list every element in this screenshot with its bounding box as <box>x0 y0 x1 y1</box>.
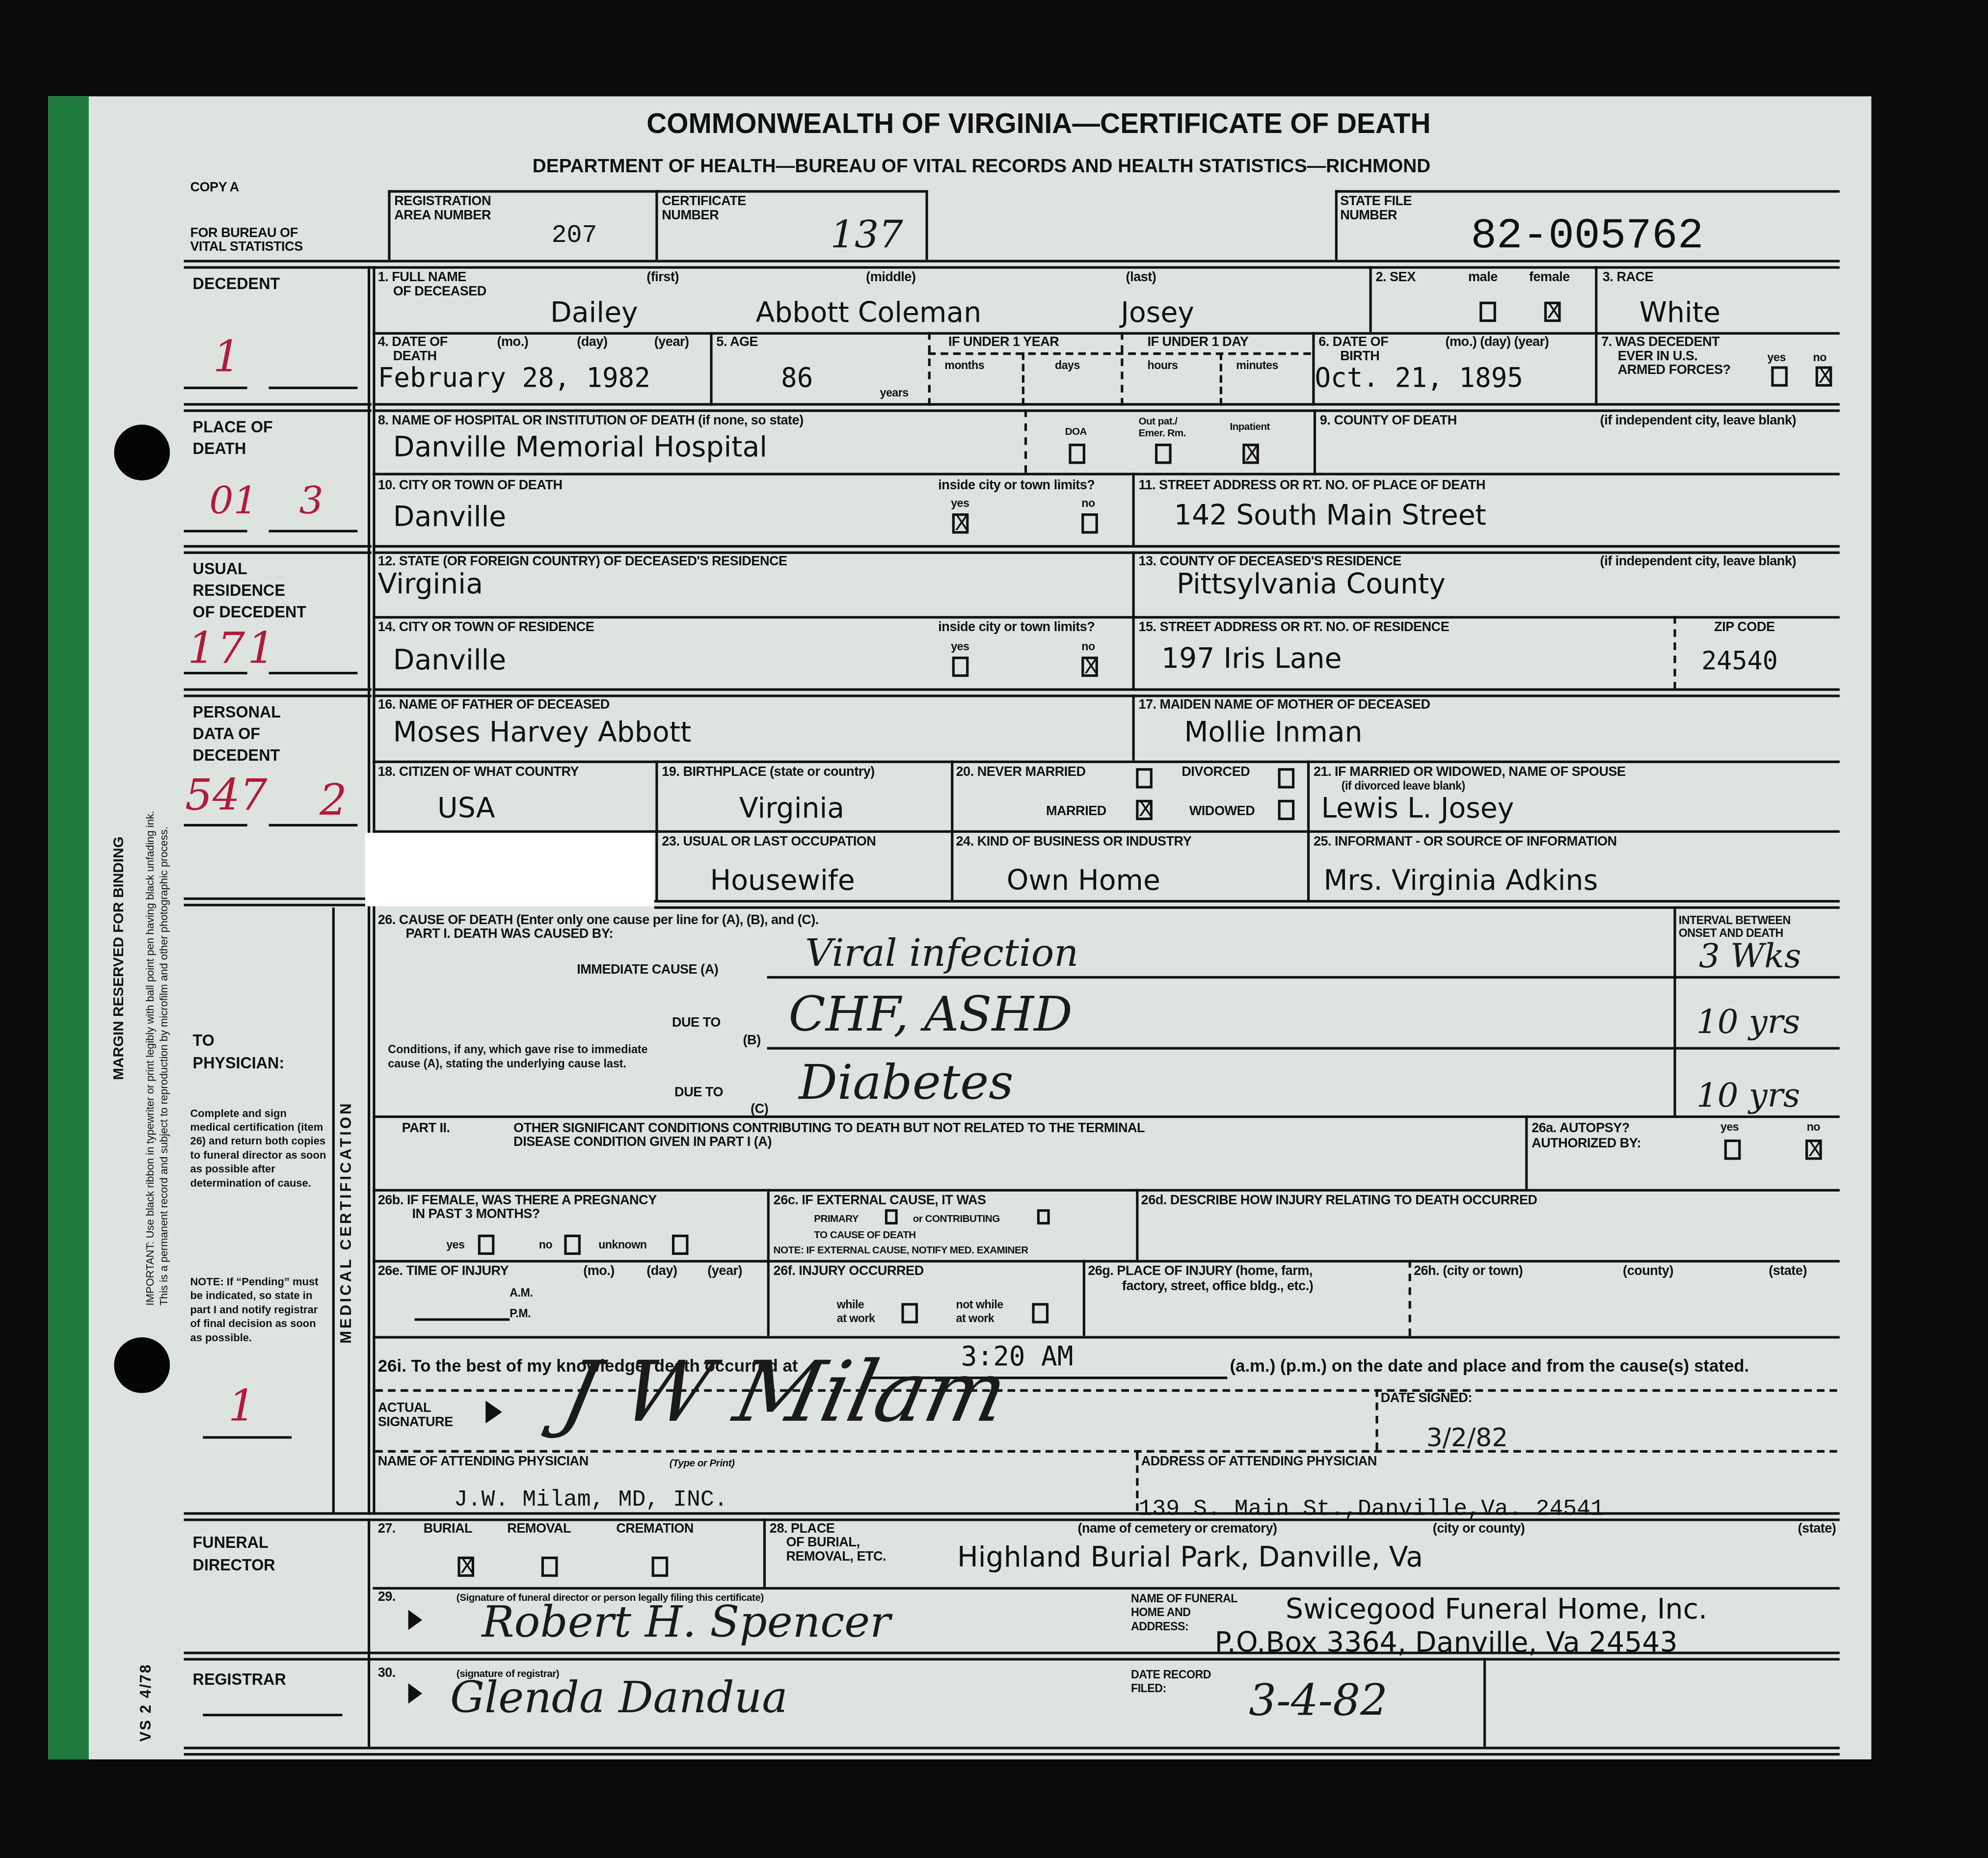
margin-important-text-1: IMPORTANT: Use black ribbon in typewrite… <box>143 811 156 1305</box>
city-of-death: Danville <box>393 503 507 533</box>
never-married-checkbox[interactable] <box>1136 768 1153 788</box>
state-file-label: STATE FILE <box>1340 195 1412 209</box>
section-place-of-death-2: DEATH <box>193 437 246 460</box>
father-label: 16. NAME OF FATHER OF DECEASED <box>378 698 610 712</box>
street-of-residence-label: 15. STREET ADDRESS OR RT. NO. OF RESIDEN… <box>1138 621 1449 635</box>
outpatient-checkbox[interactable] <box>1155 444 1172 464</box>
hospital-name: Danville Memorial Hospital <box>393 433 767 464</box>
section-funeral-director: FUNERAL <box>193 1531 269 1554</box>
place-of-injury-label-2: factory, street, office bldg., etc.) <box>1122 1280 1313 1294</box>
section-registrar: REGISTRAR <box>193 1668 286 1691</box>
due-to-b-label: DUE TO <box>672 1016 721 1030</box>
time-of-injury-label: 26e. TIME OF INJURY <box>378 1265 509 1279</box>
certificate-title: COMMONWEALTH OF VIRGINIA—CERTIFICATE OF … <box>646 108 1430 141</box>
removal-label: REMOVAL <box>507 1522 571 1536</box>
am-label: A.M. <box>510 1287 533 1300</box>
cemetery-label: (name of cemetery or crematory) <box>1077 1522 1277 1536</box>
physician-note: NOTE: If “Pending” must be indicated, so… <box>190 1275 327 1345</box>
funeral-home-label-3: ADDRESS: <box>1131 1620 1188 1633</box>
personal-code-b: 2 <box>320 776 347 826</box>
redacted-field <box>365 833 654 906</box>
under-1-year-label: IF UNDER 1 YEAR <box>948 336 1059 349</box>
injury-state-label: (state) <box>1769 1265 1807 1279</box>
injury-county-label: (county) <box>1623 1265 1673 1279</box>
full-name-label: 1. FULL NAME <box>378 271 466 285</box>
hours-label: hours <box>1148 359 1178 372</box>
form-number: VS 2 4/78 <box>137 1663 155 1741</box>
not-while-at-work-checkbox[interactable] <box>1032 1303 1048 1323</box>
county-of-residence-label: 13. COUNTY OF DECEASED'S RESIDENCE <box>1138 555 1401 569</box>
sex-label: 2. SEX <box>1375 271 1415 285</box>
res-inside-no-checkbox[interactable]: X <box>1081 657 1098 677</box>
autopsy-yes-checkbox[interactable] <box>1724 1140 1741 1160</box>
cause-a: Viral infection <box>805 931 1078 976</box>
date-signed: 3/2/82 <box>1426 1422 1508 1453</box>
attending-address: 139 S. Main St.,Danville,Va. 24541 <box>1138 1497 1604 1522</box>
interval-b: 10 yrs <box>1696 1004 1800 1042</box>
age: 86 <box>781 363 813 393</box>
married-label: MARRIED <box>1046 805 1106 819</box>
under-1-day-label: IF UNDER 1 DAY <box>1148 336 1249 349</box>
interval-label-2: ONSET AND DEATH <box>1679 927 1783 939</box>
date-of-death-label: 4. DATE OF <box>378 336 448 349</box>
res-inside-limits-label: inside city or town limits? <box>938 621 1095 635</box>
section-personal-data: PERSONAL <box>193 701 281 723</box>
pregnancy-no-label: no <box>539 1238 552 1251</box>
res-inside-yes-checkbox[interactable] <box>952 657 969 677</box>
middle-name: Abbott Coleman <box>755 299 981 330</box>
pregnancy-label-2: IN PAST 3 MONTHS? <box>412 1208 539 1222</box>
injury-city-label: 26h. (city or town) <box>1414 1265 1523 1279</box>
injury-occurred-label: 26f. INJURY OCCURRED <box>774 1265 924 1279</box>
punch-hole-icon <box>114 425 170 480</box>
registration-area-label: REGISTRATION <box>394 195 491 209</box>
state-file-label-2: NUMBER <box>1340 209 1397 223</box>
dob-mdy-label: (mo.) (day) (year) <box>1446 336 1549 349</box>
certificate-number-label: CERTIFICATE <box>662 195 746 209</box>
armed-forces-label-2: EVER IN U.S. <box>1618 350 1698 364</box>
cause-of-death-label: 26. CAUSE OF DEATH (Enter only one cause… <box>378 914 819 928</box>
date-of-death-label-2: DEATH <box>393 350 437 364</box>
street-of-death: 142 South Main Street <box>1174 502 1486 532</box>
pregnancy-yes-checkbox[interactable] <box>478 1235 495 1255</box>
registrar-signature-arrow-icon <box>408 1683 422 1703</box>
section-decedent: DECEDENT <box>193 272 280 295</box>
section-to-physician-2: PHYSICIAN: <box>193 1052 285 1075</box>
section-usual-residence: USUAL <box>193 557 247 580</box>
certificate-number: 137 <box>831 213 903 257</box>
burial-place: Highland Burial Park, Danville, Va <box>957 1544 1423 1574</box>
never-married-label: 20. NEVER MARRIED <box>956 766 1086 779</box>
mother-label: 17. MAIDEN NAME OF MOTHER OF DECEASED <box>1138 698 1430 712</box>
pregnancy-unknown-checkbox[interactable] <box>672 1235 689 1255</box>
c-label: (C) <box>751 1103 768 1116</box>
death-inside-no-label: no <box>1081 497 1095 509</box>
race: White <box>1639 299 1720 330</box>
armed-forces-label: 7. WAS DECEDENT <box>1601 336 1719 349</box>
actual-signature-label: ACTUAL <box>378 1402 431 1416</box>
section-usual-residence-2: RESIDENCE <box>193 579 285 602</box>
green-binding-stripe <box>48 96 89 1759</box>
physician-code: 1 <box>228 1381 256 1432</box>
full-name-label-2: OF DECEASED <box>393 285 486 299</box>
street-of-residence: 197 Iris Lane <box>1161 645 1342 676</box>
place-code-a: 01 <box>209 479 258 523</box>
registrar-signature-number: 30. <box>378 1667 396 1681</box>
funeral-director-signature: Robert H. Spencer <box>482 1597 891 1647</box>
primary-label: PRIMARY <box>814 1213 859 1224</box>
burial-place-label: 28. PLACE <box>770 1522 835 1536</box>
minutes-label: minutes <box>1236 359 1278 372</box>
date-filed: 3-4-82 <box>1249 1676 1388 1726</box>
margin-important-text-2: This is a permanent record and subject t… <box>157 826 170 1305</box>
doa-checkbox[interactable] <box>1069 444 1085 464</box>
death-inside-limits-label: inside city or town limits? <box>938 479 1095 493</box>
pregnancy-label: 26b. IF FEMALE, WAS THERE A PREGNANCY <box>378 1194 657 1208</box>
decedent-code: 1 <box>213 332 241 383</box>
authorized-by-label: AUTHORIZED BY: <box>1531 1137 1641 1151</box>
removal-checkbox[interactable] <box>541 1557 558 1577</box>
county-of-residence: Pittsylvania County <box>1177 570 1446 601</box>
external-note: NOTE: IF EXTERNAL CAUSE, NOTIFY MED. EXA… <box>774 1245 1028 1256</box>
occupation: Housewife <box>710 867 855 898</box>
informant: Mrs. Virginia Adkins <box>1324 867 1598 898</box>
interval-label: INTERVAL BETWEEN <box>1679 914 1791 927</box>
cause-b: CHF, ASHD <box>789 986 1073 1042</box>
place-code-b: 3 <box>299 479 323 523</box>
state-of-residence: Virginia <box>378 570 483 601</box>
mother-name: Mollie Inman <box>1184 719 1362 749</box>
disposition-label: 27. <box>378 1522 396 1536</box>
inpatient-checkbox[interactable]: X <box>1242 444 1259 464</box>
res-inside-no-label: no <box>1081 640 1095 653</box>
autopsy-no-label: no <box>1807 1120 1820 1133</box>
pregnancy-unknown-label: unknown <box>598 1238 646 1251</box>
section-personal-data-2: DATA OF <box>193 722 260 745</box>
to-cause-label: TO CAUSE OF DEATH <box>814 1229 915 1241</box>
funeral-home-address: P.O.Box 3364, Danville, Va 24543 <box>1214 1629 1677 1659</box>
armed-no-label: no <box>1813 351 1827 364</box>
interval-a: 3 Wks <box>1699 938 1801 976</box>
section-personal-data-3: DECEDENT <box>193 744 280 767</box>
contributing-checkbox[interactable] <box>1037 1209 1050 1224</box>
burial-label: BURIAL <box>424 1522 472 1536</box>
independent-city-note-2: (if independent city, leave blank) <box>1600 555 1796 569</box>
days-label: days <box>1055 359 1080 372</box>
autopsy-no-checkbox[interactable]: X <box>1805 1140 1822 1160</box>
first-name: Dailey <box>550 299 638 330</box>
residence-code: 171 <box>188 624 277 674</box>
informant-label: 25. INFORMANT - OR SOURCE OF INFORMATION <box>1314 835 1617 849</box>
section-funeral-director-2: DIRECTOR <box>193 1554 275 1577</box>
state-file-number: 82-005762 <box>1471 213 1703 261</box>
injury-year-label: (year) <box>707 1265 742 1279</box>
autopsy-label: 26a. AUTOPSY? <box>1531 1122 1630 1136</box>
external-cause-label: 26c. IF EXTERNAL CAUSE, IT WAS <box>774 1194 986 1208</box>
date-filed-label-2: FILED: <box>1131 1682 1166 1695</box>
months-label: months <box>944 359 984 372</box>
funeral-home-label-2: HOME AND <box>1131 1606 1191 1619</box>
burial-place-label-2: OF BURIAL, <box>786 1536 860 1550</box>
death-inside-yes-checkbox[interactable]: X <box>952 513 969 533</box>
citizenship: USA <box>437 795 495 825</box>
registration-area-number: 207 <box>552 222 597 252</box>
date-of-birth: Oct. 21, 1895 <box>1315 363 1523 393</box>
section-usual-residence-3: OF DECEDENT <box>193 601 306 623</box>
attending-physician-name: J.W. Milam, MD, INC. <box>454 1488 728 1513</box>
physician-signature: J W Milam <box>554 1344 1016 1441</box>
registration-area-label-2: AREA NUMBER <box>394 209 491 223</box>
burial-city-label: (city or county) <box>1433 1522 1525 1536</box>
injury-day-label: (day) <box>646 1265 677 1279</box>
certificate-subtitle: DEPARTMENT OF HEALTH—BUREAU OF VITAL REC… <box>533 156 1431 178</box>
injury-description-label: 26d. DESCRIBE HOW INJURY RELATING TO DEA… <box>1141 1194 1537 1208</box>
business-label: 24. KIND OF BUSINESS OR INDUSTRY <box>956 835 1192 849</box>
res-inside-yes-label: yes <box>951 640 969 653</box>
primary-checkbox[interactable] <box>885 1209 898 1224</box>
cremation-checkbox[interactable] <box>652 1557 669 1577</box>
armed-forces-no-checkbox[interactable]: X <box>1816 366 1832 386</box>
date-signed-label: DATE SIGNED: <box>1381 1392 1472 1406</box>
years-label: years <box>880 387 909 399</box>
divorced-checkbox[interactable] <box>1278 768 1295 788</box>
last-name-label: (last) <box>1126 271 1156 285</box>
actual-signature-label-2: SIGNATURE <box>378 1416 453 1430</box>
injury-mo-label: (mo.) <box>583 1265 615 1279</box>
street-of-death-label: 11. STREET ADDRESS OR RT. NO. OF PLACE O… <box>1138 479 1485 493</box>
pm-label: P.M. <box>510 1307 531 1320</box>
date-of-birth-label: 6. DATE OF <box>1318 336 1388 349</box>
race-label: 3. RACE <box>1603 271 1653 285</box>
while-at-work-checkbox[interactable] <box>901 1303 918 1323</box>
father-name: Moses Harvey Abbott <box>393 719 692 749</box>
widowed-label: WIDOWED <box>1189 805 1255 819</box>
city-of-residence-label: 14. CITY OR TOWN OF RESIDENCE <box>378 621 594 635</box>
punch-hole-icon <box>114 1337 170 1393</box>
personal-code-a: 547 <box>185 770 268 821</box>
city-of-residence: Danville <box>393 646 507 677</box>
city-of-death-label: 10. CITY OR TOWN OF DEATH <box>378 479 563 493</box>
b-label: (B) <box>743 1035 761 1048</box>
inpatient-label: Inpatient <box>1230 421 1269 432</box>
margin-binding-text: MARGIN RESERVED FOR BINDING <box>111 836 127 1080</box>
place-of-injury-label: 26g. PLACE OF INJURY (home, farm, <box>1088 1265 1313 1279</box>
not-while-at-work-label: not while <box>956 1298 1003 1311</box>
birthplace-label: 19. BIRTHPLACE (state or country) <box>662 766 875 779</box>
section-place-of-death: PLACE OF <box>193 416 273 438</box>
certificate-number-label-2: NUMBER <box>662 209 719 223</box>
part2-text: OTHER SIGNIFICANT CONDITIONS CONTRIBUTIN… <box>513 1122 1145 1136</box>
dod-year-label: (year) <box>654 336 689 349</box>
while-at-work-label-2: at work <box>837 1312 875 1325</box>
not-while-at-work-label-2: at work <box>956 1312 994 1325</box>
first-name-label: (first) <box>646 271 679 285</box>
business: Own Home <box>1007 867 1160 898</box>
dod-day-label: (day) <box>577 336 607 349</box>
registrar-signature: Glenda Dandua <box>450 1673 788 1724</box>
date-of-death: February 28, 1982 <box>378 363 650 393</box>
interval-c: 10 yrs <box>1696 1077 1800 1115</box>
spouse-label: 21. IF MARRIED OR WIDOWED, NAME OF SPOUS… <box>1314 766 1626 779</box>
male-label: male <box>1468 271 1498 285</box>
attending-address-label: ADDRESS OF ATTENDING PHYSICIAN <box>1141 1455 1377 1469</box>
burial-state-label: (state) <box>1798 1522 1836 1536</box>
independent-city-note: (if independent city, leave blank) <box>1600 415 1796 428</box>
funeral-signature-arrow-icon <box>408 1610 422 1630</box>
armed-forces-yes-checkbox[interactable] <box>1771 366 1788 386</box>
armed-forces-label-3: ARMED FORCES? <box>1618 364 1731 377</box>
burial-checkbox[interactable]: X <box>457 1557 474 1577</box>
sex-male-checkbox[interactable] <box>1479 302 1496 322</box>
funeral-signature-number: 29. <box>378 1591 396 1605</box>
divorced-label: DIVORCED <box>1182 766 1250 779</box>
middle-name-label: (middle) <box>866 271 915 285</box>
widowed-checkbox[interactable] <box>1278 800 1295 820</box>
cause-part1-label: PART I. DEATH WAS CAUSED BY: <box>406 928 614 942</box>
contributing-label: or CONTRIBUTING <box>913 1213 1000 1224</box>
female-label: female <box>1529 271 1570 285</box>
attending-physician-label: NAME OF ATTENDING PHYSICIAN <box>378 1455 589 1469</box>
armed-yes-label: yes <box>1768 351 1786 364</box>
zip-code: 24540 <box>1701 645 1778 676</box>
sex-female-checkbox[interactable]: X <box>1544 302 1561 322</box>
cremation-label: CREMATION <box>616 1522 694 1536</box>
dod-mo-label: (mo.) <box>497 336 528 349</box>
doa-label: DOA <box>1065 426 1087 437</box>
part2-text-2: DISEASE CONDITION GIVEN IN PART I (A) <box>513 1136 772 1149</box>
while-at-work-label: while <box>837 1298 864 1311</box>
part2-label: PART II. <box>402 1122 450 1136</box>
date-of-birth-label-2: BIRTH <box>1340 350 1379 364</box>
spouse-label-note: (if divorced leave blank) <box>1342 779 1465 792</box>
date-filed-label: DATE RECORD <box>1131 1668 1211 1681</box>
married-checkbox[interactable]: X <box>1136 800 1153 820</box>
autopsy-yes-label: yes <box>1720 1120 1739 1133</box>
signature-arrow-icon <box>485 1401 502 1423</box>
death-inside-yes-label: yes <box>951 497 969 509</box>
pregnancy-yes-label: yes <box>446 1238 464 1251</box>
scan-stage: MARGIN RESERVED FOR BINDING IMPORTANT: U… <box>0 0 1988 1858</box>
physician-instructions: Complete and sign medical certification … <box>190 1107 327 1190</box>
death-time-suffix: (a.m.) (p.m.) on the date and place and … <box>1230 1356 1749 1376</box>
state-of-residence-label: 12. STATE (OR FOREIGN COUNTRY) OF DECEAS… <box>378 555 787 569</box>
for-bureau-label: FOR BUREAU OF <box>190 227 297 240</box>
pregnancy-no-checkbox[interactable] <box>564 1235 581 1255</box>
outpatient-label-2: Emer. Rm. <box>1138 427 1185 438</box>
due-to-c-label: DUE TO <box>674 1087 723 1100</box>
death-inside-no-checkbox[interactable] <box>1081 513 1098 533</box>
county-of-death-label: 9. COUNTY OF DEATH <box>1320 415 1457 428</box>
type-or-print-label: (Type or Print) <box>670 1458 735 1469</box>
immediate-cause-label: IMMEDIATE CAUSE (A) <box>577 963 718 977</box>
hospital-label: 8. NAME OF HOSPITAL OR INSTITUTION OF DE… <box>378 415 804 428</box>
funeral-home-name: Swicegood Funeral Home, Inc. <box>1286 1596 1707 1626</box>
zip-label: ZIP CODE <box>1714 621 1774 635</box>
conditions-note: Conditions, if any, which gave rise to i… <box>388 1043 654 1071</box>
last-name: Josey <box>1121 299 1194 330</box>
funeral-home-label: NAME OF FUNERAL <box>1131 1592 1237 1605</box>
burial-place-label-3: REMOVAL, ETC. <box>786 1550 886 1564</box>
spouse-name: Lewis L. Josey <box>1321 795 1514 825</box>
citizenship-label: 18. CITIZEN OF WHAT COUNTRY <box>378 766 579 779</box>
outpatient-label: Out pat./ <box>1138 416 1177 427</box>
copy-label: COPY A <box>190 181 239 195</box>
occupation-label: 23. USUAL OR LAST OCCUPATION <box>662 835 876 849</box>
medical-certification-label: MEDICAL CERTIFICATION <box>337 1101 355 1344</box>
vital-statistics-label: VITAL STATISTICS <box>190 241 302 255</box>
age-label: 5. AGE <box>716 336 758 349</box>
cause-c: Diabetes <box>799 1055 1013 1111</box>
birthplace: Virginia <box>739 795 844 825</box>
section-to-physician: TO <box>193 1029 215 1052</box>
